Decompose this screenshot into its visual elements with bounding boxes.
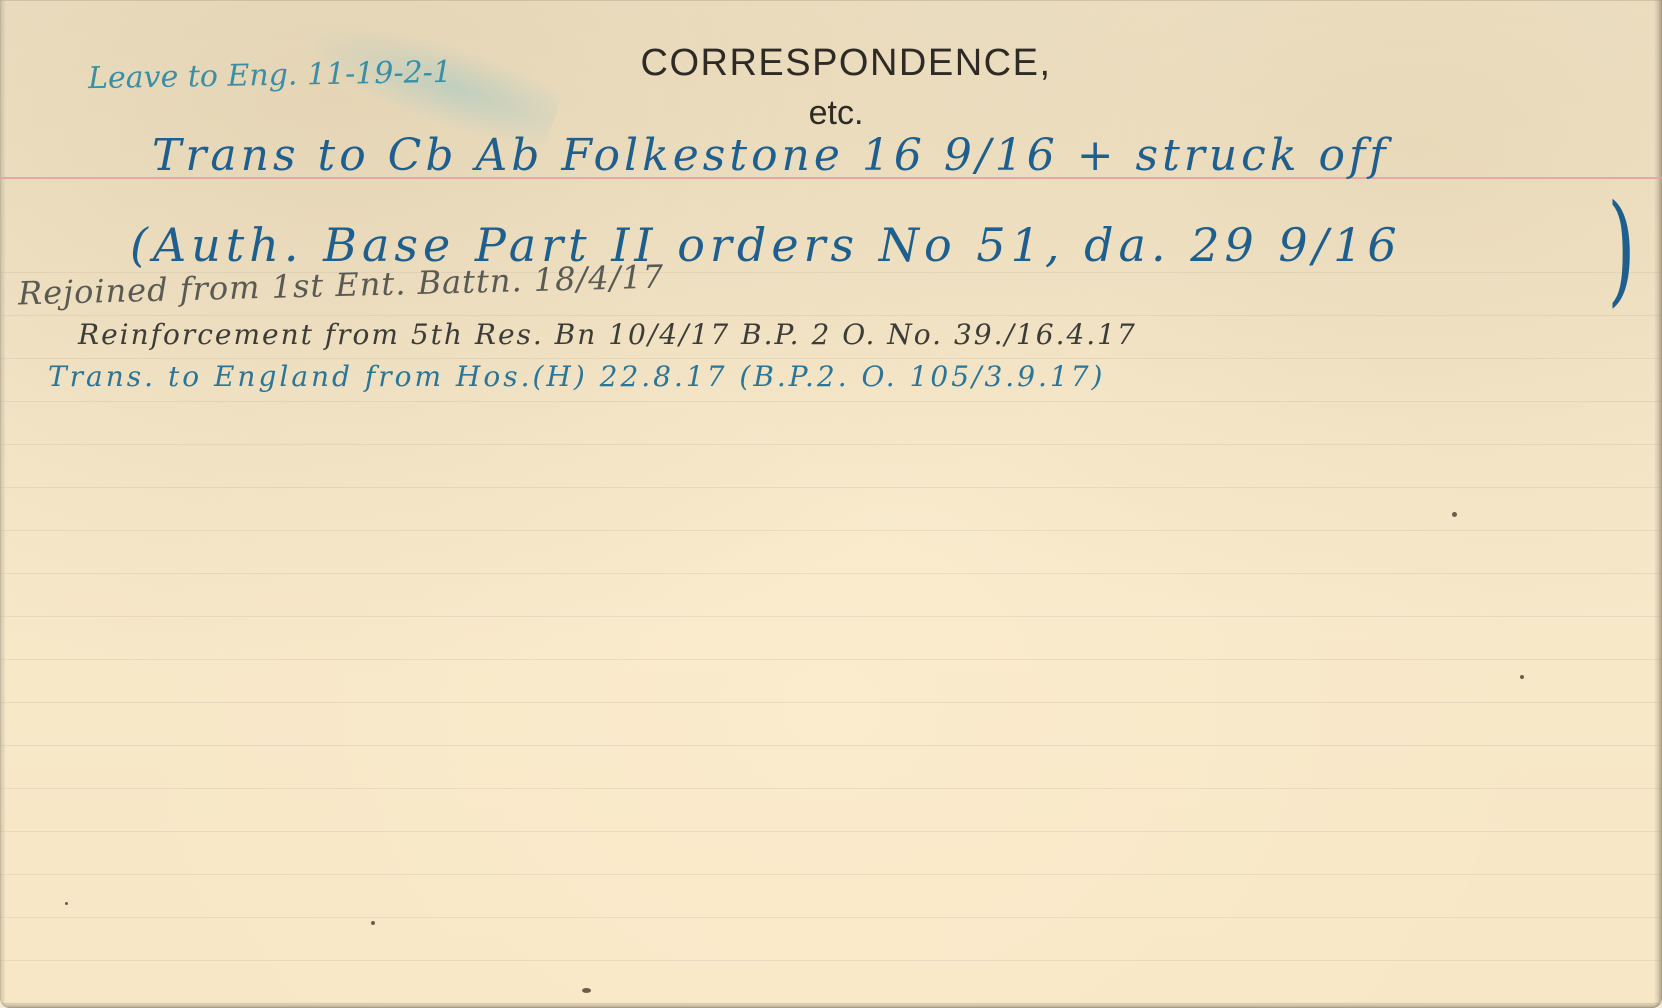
record-card: CORRESPONDENCE, etc. Leave to Eng. 11-19… <box>0 0 1662 1008</box>
entry-leave: Leave to Eng. 11-19-2-1 <box>88 55 452 96</box>
entry-transfer-england: Trans. to England from Hos.(H) 22.8.17 (… <box>48 360 1105 393</box>
entry-reinforcement: Reinforcement from 5th Res. Bn 10/4/17 B… <box>78 318 1137 351</box>
paper-speck <box>1520 675 1524 679</box>
card-left-edge <box>0 0 6 1008</box>
paper-speck <box>371 921 375 925</box>
card-subheading: etc. <box>0 94 1662 133</box>
paper-speck <box>65 902 68 905</box>
entry-transfer-folkestone: Trans to Cb Ab Folkestone 16 9/16 + stru… <box>152 130 1390 181</box>
card-bottom-edge <box>0 1002 1662 1008</box>
card-right-edge <box>1654 0 1662 1008</box>
paper-speck <box>582 988 591 993</box>
closing-bracket: ) <box>1607 190 1635 310</box>
paper-speck <box>1452 512 1457 517</box>
entry-authority: (Auth. Base Part II orders No 51, da. 29… <box>130 218 1402 272</box>
